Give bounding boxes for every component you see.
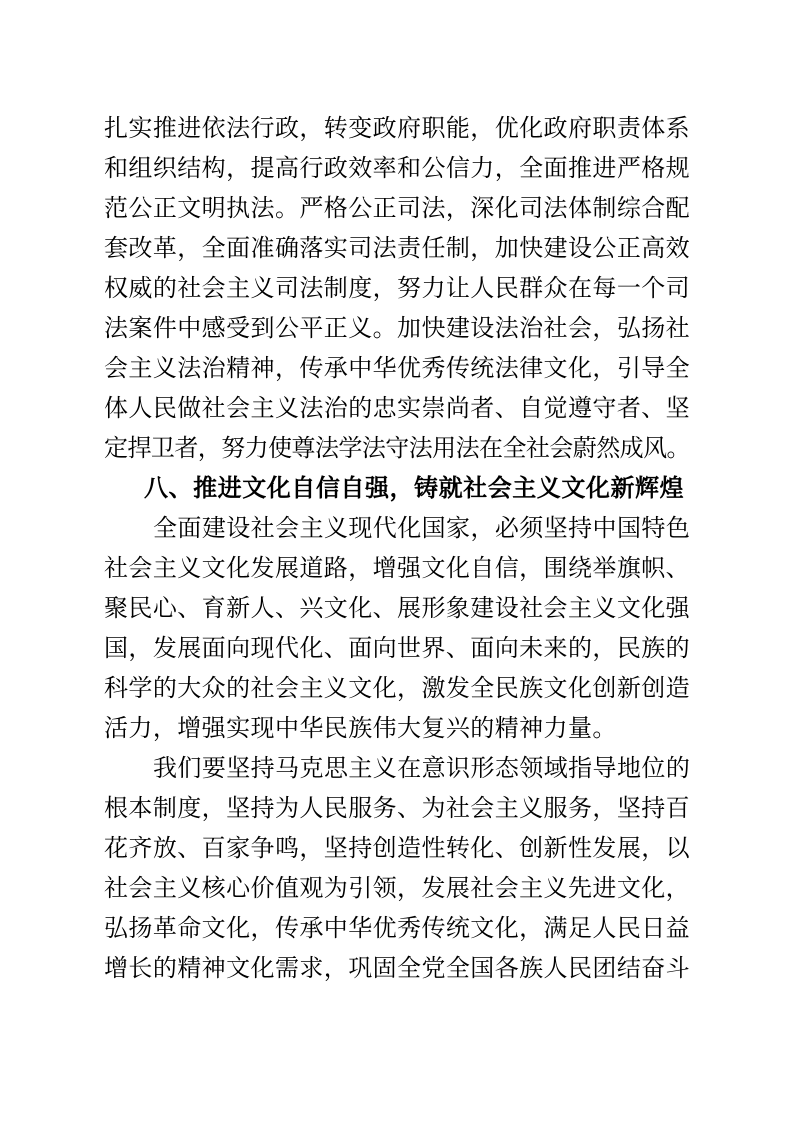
text-line: 社会主义文化发展道路，增强文化自信，围绕举旗帜、: [104, 549, 690, 589]
document-page: 扎实推进依法行政，转变政府职能，优化政府职责体系 和组织结构，提高行政效率和公信…: [0, 0, 793, 1122]
text-line: 国，发展面向现代化、面向世界、面向未来的，民族的: [104, 629, 690, 669]
text-line: 活力，增强实现中华民族伟大复兴的精神力量。: [104, 709, 690, 749]
text-line: 根本制度，坚持为人民服务、为社会主义服务，坚持百: [104, 789, 690, 829]
document-content: 扎实推进依法行政，转变政府职能，优化政府职责体系 和组织结构，提高行政效率和公信…: [104, 109, 690, 989]
text-line: 我们要坚持马克思主义在意识形态领域指导地位的: [104, 749, 690, 789]
text-line: 社会主义核心价值观为引领，发展社会主义先进文化，: [104, 869, 690, 909]
text-line: 法案件中感受到公平正义。加快建设法治社会，弘扬社: [104, 309, 690, 349]
text-line: 和组织结构，提高行政效率和公信力，全面推进严格规: [104, 149, 690, 189]
text-line: 增长的精神文化需求，巩固全党全国各族人民团结奋斗: [104, 949, 690, 989]
paragraph-rule-of-law: 扎实推进依法行政，转变政府职能，优化政府职责体系 和组织结构，提高行政效率和公信…: [104, 109, 690, 469]
text-line: 权威的社会主义司法制度，努力让人民群众在每一个司: [104, 269, 690, 309]
text-line: 花齐放、百家争鸣，坚持创造性转化、创新性发展，以: [104, 829, 690, 869]
paragraph-culture-overview: 全面建设社会主义现代化国家，必须坚持中国特色 社会主义文化发展道路，增强文化自信…: [104, 509, 690, 749]
section-heading-8: 八、推进文化自信自强，铸就社会主义文化新辉煌: [104, 469, 690, 509]
text-line: 弘扬革命文化，传承中华优秀传统文化，满足人民日益: [104, 909, 690, 949]
text-line: 体人民做社会主义法治的忠实崇尚者、自觉遵守者、坚: [104, 389, 690, 429]
paragraph-ideology: 我们要坚持马克思主义在意识形态领域指导地位的 根本制度，坚持为人民服务、为社会主…: [104, 749, 690, 989]
text-line: 套改革，全面准确落实司法责任制，加快建设公正高效: [104, 229, 690, 269]
text-line: 扎实推进依法行政，转变政府职能，优化政府职责体系: [104, 109, 690, 149]
text-line: 范公正文明执法。严格公正司法，深化司法体制综合配: [104, 189, 690, 229]
text-line: 全面建设社会主义现代化国家，必须坚持中国特色: [104, 509, 690, 549]
text-line: 定捍卫者，努力使尊法学法守法用法在全社会蔚然成风。: [104, 429, 690, 469]
text-line: 会主义法治精神，传承中华优秀传统法律文化，引导全: [104, 349, 690, 389]
text-line: 科学的大众的社会主义文化，激发全民族文化创新创造: [104, 669, 690, 709]
text-line: 聚民心、育新人、兴文化、展形象建设社会主义文化强: [104, 589, 690, 629]
